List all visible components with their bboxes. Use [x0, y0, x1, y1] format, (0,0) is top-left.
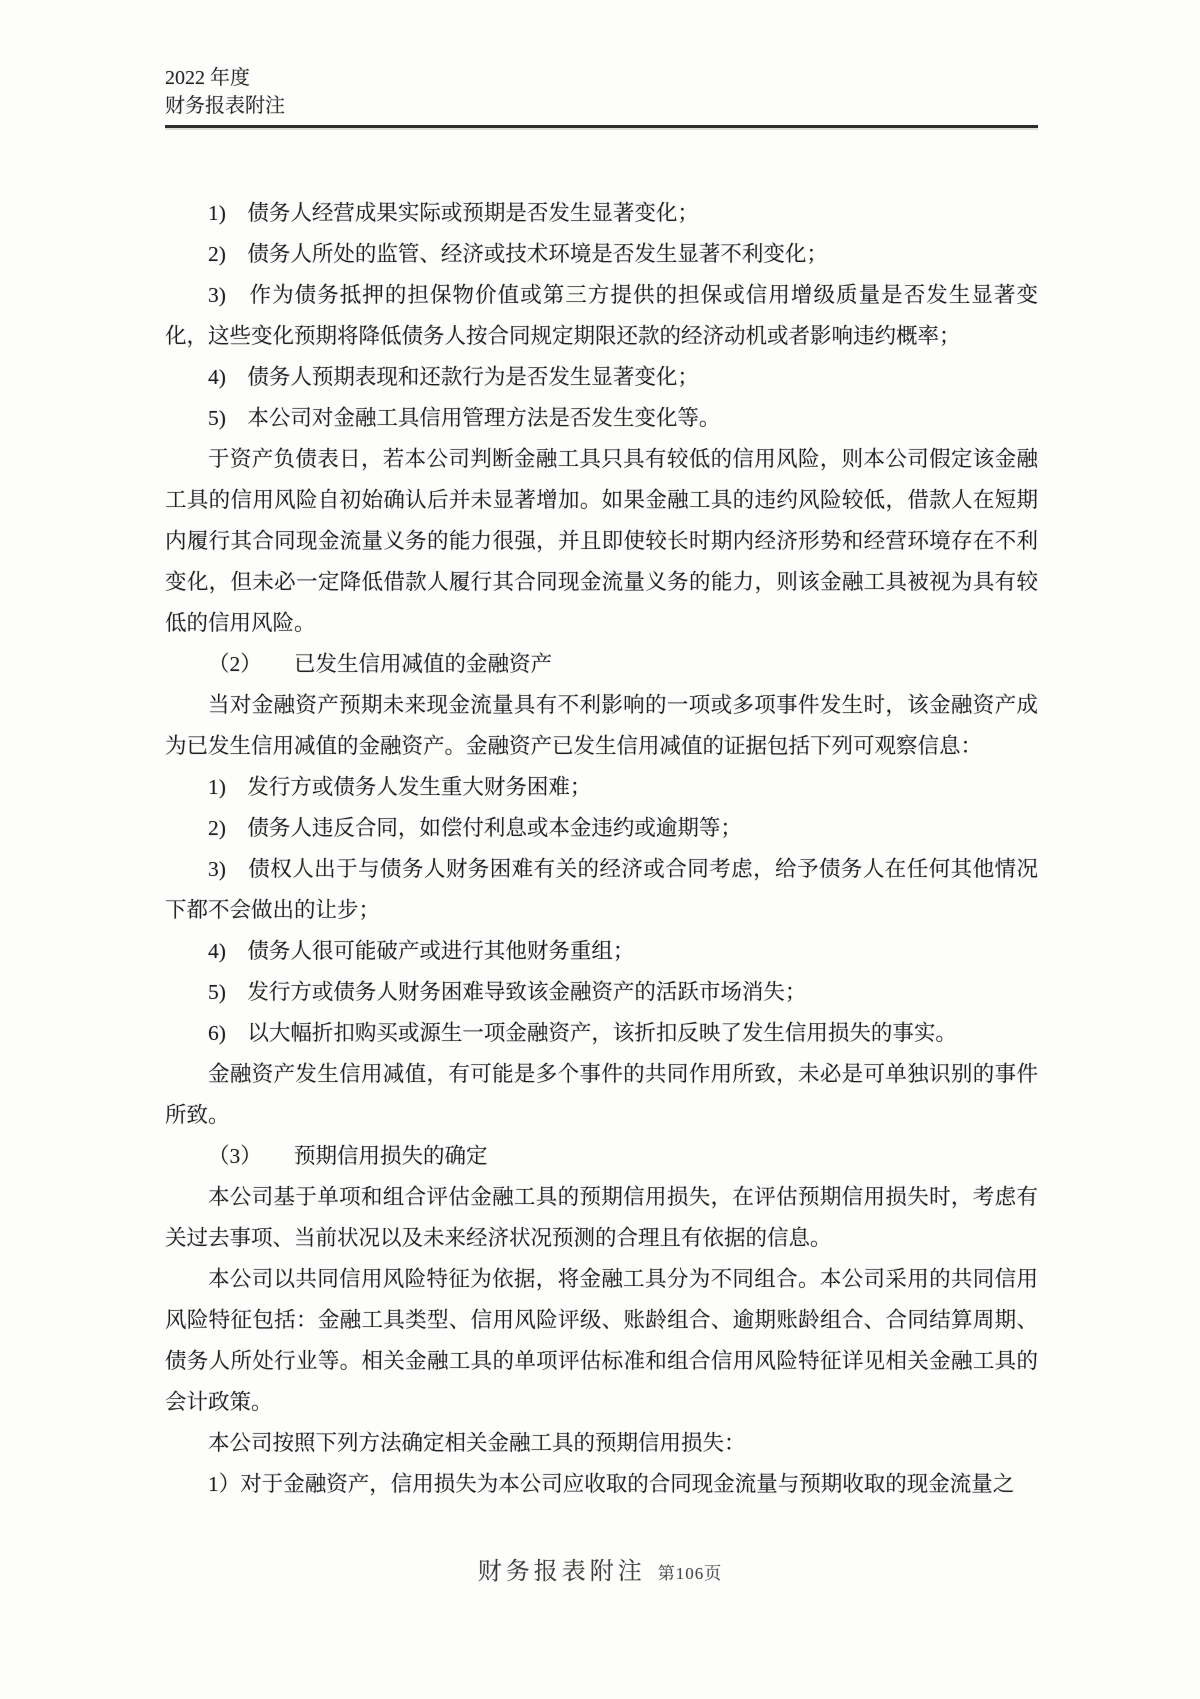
header-title-line: 财务报表附注 — [165, 92, 1038, 120]
numbered-item-4: 4) 债务人预期表现和还款行为是否发生显著变化； — [165, 357, 1038, 398]
page-footer: 财务报表附注第106页 — [0, 1551, 1200, 1586]
footer-page-number: 第106页 — [658, 1564, 723, 1583]
header-year-line: 2022 年度 — [165, 64, 1038, 92]
footer-title: 财务报表附注 — [478, 1559, 646, 1585]
scanned-document-page: 2022 年度 财务报表附注 1) 债务人经营成果实际或预期是否发生显著变化；2… — [0, 0, 1200, 1699]
numbered-item-evidence-5: 5) 发行方或债务人财务困难导致该金融资产的活跃市场消失； — [165, 972, 1038, 1013]
section-subheading-3: （3） 预期信用损失的确定 — [165, 1136, 1038, 1177]
numbered-item-evidence-3: 3) 债权人出于与债务人财务困难有关的经济或合同考虑，给予债务人在任何其他情况下… — [165, 849, 1038, 931]
paragraph-common-risk-features: 本公司以共同信用风险特征为依据，将金融工具分为不同组合。本公司采用的共同信用风险… — [165, 1259, 1038, 1423]
numbered-item-3: 3) 作为债务抵押的担保物价值或第三方提供的担保或信用增级质量是否发生显著变化，… — [165, 275, 1038, 357]
numbered-item-2: 2) 债务人所处的监管、经济或技术环境是否发生显著不利变化； — [165, 234, 1038, 275]
numbered-item-evidence-4: 4) 债务人很可能破产或进行其他财务重组； — [165, 931, 1038, 972]
numbered-item-1: 1) 债务人经营成果实际或预期是否发生显著变化； — [165, 193, 1038, 234]
numbered-item-evidence-1: 1) 发行方或债务人发生重大财务困难； — [165, 767, 1038, 808]
paragraph-low-credit-risk: 于资产负债表日，若本公司判断金融工具只具有较低的信用风险，则本公司假定该金融工具… — [165, 439, 1038, 644]
section-subheading-2: （2） 已发生信用减值的金融资产 — [165, 644, 1038, 685]
numbered-item-method-1: 1）对于金融资产，信用损失为本公司应收取的合同现金流量与预期收取的现金流量之 — [165, 1464, 1038, 1505]
document-body: 1) 债务人经营成果实际或预期是否发生显著变化；2) 债务人所处的监管、经济或技… — [165, 193, 1038, 1505]
numbered-item-evidence-6: 6) 以大幅折扣购买或源生一项金融资产，该折扣反映了发生信用损失的事实。 — [165, 1013, 1038, 1054]
page-header: 2022 年度 财务报表附注 — [165, 64, 1038, 128]
numbered-item-5: 5) 本公司对金融工具信用管理方法是否发生变化等。 — [165, 398, 1038, 439]
paragraph-multiple-events: 金融资产发生信用减值，有可能是多个事件的共同作用所致，未必是可单独识别的事件所致… — [165, 1054, 1038, 1136]
numbered-item-evidence-2: 2) 债务人违反合同，如偿付利息或本金违约或逾期等； — [165, 808, 1038, 849]
paragraph-credit-impaired-intro: 当对金融资产预期未来现金流量具有不利影响的一项或多项事件发生时，该金融资产成为已… — [165, 685, 1038, 767]
paragraph-ecl-assessment: 本公司基于单项和组合评估金融工具的预期信用损失，在评估预期信用损失时，考虑有关过… — [165, 1177, 1038, 1259]
paragraph-ecl-methods-intro: 本公司按照下列方法确定相关金融工具的预期信用损失： — [165, 1423, 1038, 1464]
